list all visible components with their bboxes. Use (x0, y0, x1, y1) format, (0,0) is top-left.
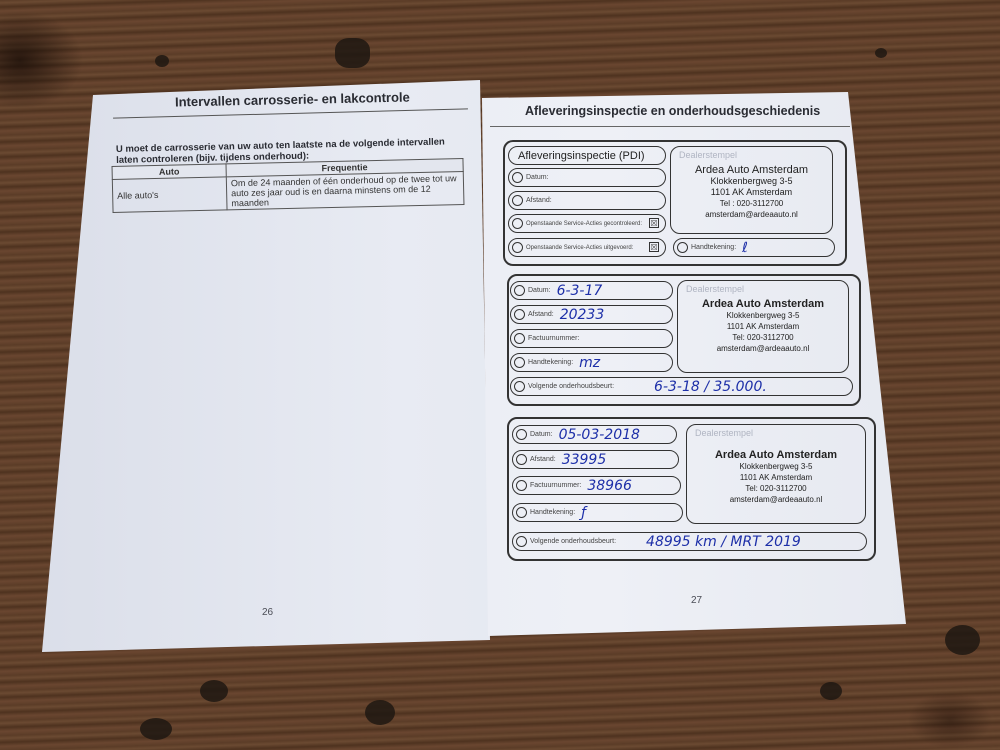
field-label: Openstaande Service-Acties gecontroleerd… (526, 221, 642, 227)
dealer-email: amsterdam@ardeaauto.nl (671, 209, 832, 220)
radio-circle-icon (516, 480, 527, 491)
dealer-street: Klokkenbergweg 3-5 (687, 461, 865, 472)
wood-knot (820, 682, 842, 700)
radio-circle-icon (516, 507, 527, 518)
pdi-actions-checked-field[interactable]: Openstaande Service-Acties gecontroleerd… (508, 214, 666, 233)
dealer-stamp: Dealerstempel Ardea Auto Amsterdam Klokk… (670, 146, 833, 234)
field-label: Handtekening: (691, 244, 736, 251)
handwritten-value: 33995 (562, 452, 607, 468)
radio-circle-icon (512, 195, 523, 206)
entry1-next-service-field[interactable]: Volgende onderhoudsbeurt: 6-3-18 / 35.00… (510, 377, 853, 396)
entry1-invoice-field[interactable]: Factuurnummer: (510, 329, 673, 348)
title-divider (490, 126, 850, 127)
wood-knot (200, 680, 228, 702)
handwritten-value: 38966 (587, 478, 632, 494)
entry1-date-field[interactable]: Datum: 6-3-17 (510, 281, 673, 300)
dealer-name: Ardea Auto Amsterdam (671, 164, 832, 176)
wood-knot (365, 700, 395, 725)
field-label: Afstand: (530, 456, 556, 463)
table-cell: Om de 24 maanden of één onderhoud op de … (226, 172, 464, 210)
wood-knot (335, 38, 370, 68)
dealer-stamp: Dealerstempel Ardea Auto Amsterdam Klokk… (686, 424, 866, 524)
radio-circle-icon (512, 242, 523, 253)
dealer-phone: Tel: 020-3112700 (687, 483, 865, 494)
field-label: Volgende onderhoudsbeurt: (528, 383, 614, 390)
dealer-phone: Tel: 020-3112700 (678, 332, 848, 343)
pdi-signature-field[interactable]: Handtekening: ℓ (673, 238, 835, 257)
dealer-street: Klokkenbergweg 3-5 (671, 176, 832, 187)
right-page-title: Afleveringsinspectie en onderhoudsgeschi… (525, 104, 820, 118)
pdi-actions-done-field[interactable]: Openstaande Service-Acties uitgevoerd: ☒ (508, 238, 666, 257)
radio-circle-icon (516, 536, 527, 547)
dealer-name: Ardea Auto Amsterdam (678, 298, 848, 310)
field-label: Volgende onderhoudsbeurt: (530, 538, 616, 545)
wood-knot (945, 625, 980, 655)
dealer-email: amsterdam@ardeaauto.nl (678, 343, 848, 354)
entry2-date-field[interactable]: Datum: 05-03-2018 (512, 425, 677, 444)
handwritten-value: 20233 (560, 307, 605, 323)
field-label: Afstand: (526, 197, 552, 204)
field-label: Handtekening: (530, 509, 575, 516)
handwritten-value: 6-3-18 / 35.000. (654, 379, 767, 395)
pdi-date-field[interactable]: Datum: (508, 168, 666, 187)
field-label: Factuurnummer: (528, 335, 579, 342)
dealer-name: Ardea Auto Amsterdam (687, 449, 865, 461)
field-label: Afstand: (528, 311, 554, 318)
radio-circle-icon (512, 218, 523, 229)
field-label: Datum: (530, 431, 553, 438)
dealer-phone: Tel : 020-3112700 (671, 198, 832, 209)
dealer-city: 1101 AK Amsterdam (687, 472, 865, 483)
pdi-header: Afleveringsinspectie (PDI) (508, 146, 666, 165)
handwritten-value: 48995 km / MRT 2019 (646, 534, 801, 550)
field-label: Datum: (526, 174, 549, 181)
field-label: Openstaande Service-Acties uitgevoerd: (526, 245, 633, 251)
wood-knot (140, 718, 172, 740)
checkbox-checked-icon[interactable]: ☒ (649, 218, 659, 228)
entry2-next-service-field[interactable]: Volgende onderhoudsbeurt: 48995 km / MRT… (512, 532, 867, 551)
interval-table: Auto Frequentie Alle auto's Om de 24 maa… (112, 158, 465, 213)
table-cell: Alle auto's (112, 177, 227, 213)
checkbox-checked-icon[interactable]: ☒ (649, 242, 659, 252)
field-label: Handtekening: (528, 359, 573, 366)
handwritten-signature: ℓ (742, 240, 748, 256)
stamp-header: Dealerstempel (695, 428, 753, 438)
dealer-email: amsterdam@ardeaauto.nl (687, 494, 865, 505)
wood-knot (155, 55, 169, 67)
pdi-header-label: Afleveringsinspectie (PDI) (512, 150, 645, 162)
page-number-left: 26 (262, 607, 273, 618)
dealer-stamp: Dealerstempel Ardea Auto Amsterdam Klokk… (677, 280, 849, 373)
radio-circle-icon (514, 309, 525, 320)
handwritten-value: 6-3-17 (557, 283, 603, 299)
entry2-signature-field[interactable]: Handtekening: ƒ (512, 503, 683, 522)
radio-circle-icon (514, 381, 525, 392)
entry2-invoice-field[interactable]: Factuurnummer: 38966 (512, 476, 681, 495)
stamp-header: Dealerstempel (679, 150, 737, 160)
entry2-distance-field[interactable]: Afstand: 33995 (512, 450, 679, 469)
page-number-right: 27 (691, 595, 702, 606)
stamp-header: Dealerstempel (686, 284, 744, 294)
dealer-city: 1101 AK Amsterdam (678, 321, 848, 332)
radio-circle-icon (514, 357, 525, 368)
wood-knot (875, 48, 887, 58)
radio-circle-icon (677, 242, 688, 253)
dealer-street: Klokkenbergweg 3-5 (678, 310, 848, 321)
radio-circle-icon (514, 285, 525, 296)
radio-circle-icon (516, 454, 527, 465)
pdi-distance-field[interactable]: Afstand: (508, 191, 666, 210)
dealer-city: 1101 AK Amsterdam (671, 187, 832, 198)
radio-circle-icon (516, 429, 527, 440)
entry1-distance-field[interactable]: Afstand: 20233 (510, 305, 673, 324)
entry1-signature-field[interactable]: Handtekening: mz (510, 353, 673, 372)
handwritten-signature: mz (579, 355, 600, 371)
field-label: Factuurnummer: (530, 482, 581, 489)
radio-circle-icon (512, 172, 523, 183)
radio-circle-icon (514, 333, 525, 344)
handwritten-value: 05-03-2018 (559, 427, 640, 443)
handwritten-signature: ƒ (581, 505, 586, 521)
field-label: Datum: (528, 287, 551, 294)
